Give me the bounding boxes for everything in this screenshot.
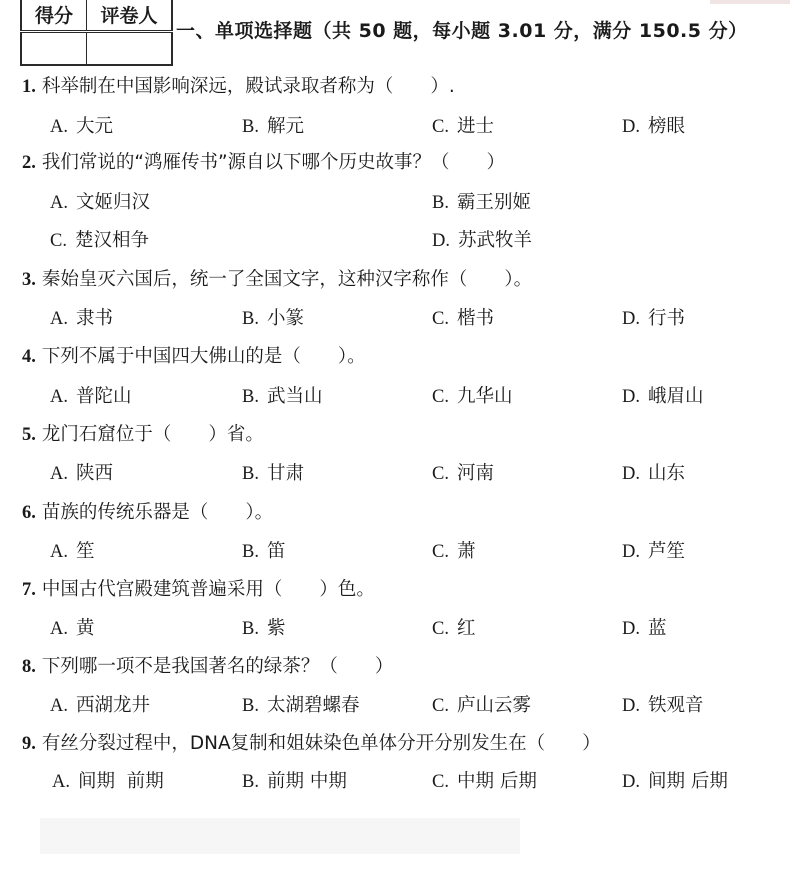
option-1c[interactable]: C.进士 [432,112,494,138]
option-7a[interactable]: A.黄 [50,614,95,640]
question-stem: 下列哪一项不是我国著名的绿茶？（ ） [42,656,394,677]
option-letter: D. [622,619,640,639]
question-stem: 中国古代宫殿建筑普遍采用（ ）色。 [42,579,375,600]
option-letter: D. [622,772,640,792]
option-text: 榜眼 [648,116,685,137]
option-5a[interactable]: A.陕西 [50,459,113,485]
option-letter: C. [432,464,449,484]
option-letter: B. [242,117,259,137]
question-3: 3.秦始皇灭六国后，统一了全国文字，这种汉字称作（ ）。 [22,265,532,291]
question-9: 9.有丝分裂过程中，DNA复制和姐妹染色单体分开分别发生在（ ） [22,729,601,755]
option-letter: A. [50,464,68,484]
option-text: 笙 [76,541,95,562]
option-5b[interactable]: B.甘肃 [242,459,304,485]
question-number: 8. [22,657,36,677]
option-9b[interactable]: B.前期 中期 [242,767,347,793]
option-text: 行书 [648,308,685,329]
option-letter: A. [50,309,68,329]
question-number: 4. [22,347,36,367]
question-2: 2.我们常说的“鸿雁传书”源自以下哪个历史故事？（ ） [22,148,505,174]
option-letter: D. [622,387,640,407]
option-3d[interactable]: D.行书 [622,304,685,330]
option-text: 蓝 [648,618,667,639]
option-letter: B. [432,193,449,213]
grader-cell[interactable] [87,32,173,66]
option-letter: C. [432,619,449,639]
blank-smudge [40,818,520,854]
option-letter: D. [622,117,640,137]
corner-mark [710,0,790,4]
option-letter: A. [50,542,68,562]
option-9c[interactable]: C.中期 后期 [432,767,537,793]
option-3c[interactable]: C.楷书 [432,304,494,330]
option-text: 萧 [457,541,476,562]
option-letter: A. [50,696,68,716]
option-9a[interactable]: A.间期 前期 [52,767,164,793]
option-text: 山东 [648,463,685,484]
option-text: 楚汉相争 [75,230,149,251]
option-text: 武当山 [267,386,323,407]
option-4b[interactable]: B.武当山 [242,382,322,408]
option-text: 九华山 [457,386,513,407]
option-2b[interactable]: B.霸王别姬 [432,188,531,214]
option-text: 铁观音 [648,695,704,716]
question-stem: 科举制在中国影响深远，殿试录取者称为（ ）. [42,76,455,97]
option-5c[interactable]: C.河南 [432,459,494,485]
option-text: 文姬归汉 [76,192,150,213]
option-1d[interactable]: D.榜眼 [622,112,685,138]
question-stem: 下列不属于中国四大佛山的是（ ）。 [42,346,366,367]
option-text: 前期 中期 [267,771,347,792]
question-7: 7.中国古代宫殿建筑普遍采用（ ）色。 [22,575,375,601]
question-stem: 我们常说的“鸿雁传书”源自以下哪个历史故事？（ ） [42,152,505,173]
question-8: 8.下列哪一项不是我国著名的绿茶？（ ） [22,652,393,678]
option-text: 河南 [457,463,494,484]
option-text: 大元 [76,116,113,137]
question-number: 6. [22,503,36,523]
option-text: 间期 前期 [78,771,164,792]
option-1b[interactable]: B.解元 [242,112,304,138]
option-text: 紫 [267,618,286,639]
question-stem: 有丝分裂过程中，DNA复制和姐妹染色单体分开分别发生在（ ） [42,733,601,754]
option-letter: A. [50,117,68,137]
option-text: 庐山云雾 [457,695,531,716]
option-4d[interactable]: D.峨眉山 [622,382,704,408]
option-text: 红 [457,618,476,639]
option-text: 峨眉山 [648,386,704,407]
question-6: 6.苗族的传统乐器是（ ）。 [22,498,273,524]
option-7b[interactable]: B.紫 [242,614,285,640]
question-number: 1. [22,77,36,97]
question-4: 4.下列不属于中国四大佛山的是（ ）。 [22,342,366,368]
option-letter: C. [432,772,449,792]
option-6c[interactable]: C.萧 [432,537,475,563]
option-8d[interactable]: D.铁观音 [622,691,704,717]
option-letter: B. [242,542,259,562]
option-letter: C. [432,542,449,562]
option-text: 芦笙 [648,541,685,562]
option-letter: C. [50,231,67,251]
question-stem: 苗族的传统乐器是（ ）。 [42,502,273,523]
option-letter: D. [622,696,640,716]
question-number: 5. [22,425,36,445]
question-number: 7. [22,580,36,600]
option-text: 间期 后期 [648,771,728,792]
option-2a[interactable]: A.文姬归汉 [50,188,150,214]
option-6d[interactable]: D.芦笙 [622,537,685,563]
score-header: 得分 [21,0,87,32]
grader-header: 评卷人 [87,0,173,32]
option-7c[interactable]: C.红 [432,614,475,640]
question-number: 2. [22,153,36,173]
option-text: 西湖龙井 [76,695,150,716]
option-8c[interactable]: C.庐山云雾 [432,691,531,717]
option-letter: D. [622,464,640,484]
option-text: 笛 [267,541,286,562]
option-8a[interactable]: A.西湖龙井 [50,691,150,717]
option-letter: C. [432,696,449,716]
question-5: 5.龙门石窟位于（ ）省。 [22,420,264,446]
option-text: 解元 [267,116,304,137]
option-text: 黄 [76,618,95,639]
option-letter: A. [50,619,68,639]
option-3b[interactable]: B.小篆 [242,304,304,330]
score-cell[interactable] [21,32,87,66]
option-letter: A. [50,193,68,213]
option-3a[interactable]: A.隶书 [50,304,113,330]
question-1: 1.科举制在中国影响深远，殿试录取者称为（ ）. [22,72,455,98]
option-8b[interactable]: B.太湖碧螺春 [242,691,359,717]
option-letter: B. [242,309,259,329]
option-letter: B. [242,696,259,716]
option-2d[interactable]: D.苏武牧羊 [432,226,532,252]
option-letter: B. [242,619,259,639]
section-title: 一、单项选择题（共 50 题，每小题 3.01 分，满分 150.5 分） [176,16,748,43]
score-box: 得分 评卷人 [20,0,173,66]
option-6a[interactable]: A.笙 [50,537,95,563]
option-4a[interactable]: A.普陀山 [50,382,132,408]
option-letter: B. [242,387,259,407]
option-letter: D. [622,542,640,562]
option-5d[interactable]: D.山东 [622,459,685,485]
option-6b[interactable]: B.笛 [242,537,285,563]
option-letter: C. [432,387,449,407]
option-7d[interactable]: D.蓝 [622,614,667,640]
option-4c[interactable]: C.九华山 [432,382,512,408]
option-text: 楷书 [457,308,494,329]
option-letter: A. [52,772,70,792]
option-letter: B. [242,772,259,792]
option-9d[interactable]: D.间期 后期 [622,767,728,793]
option-text: 小篆 [267,308,304,329]
option-text: 霸王别姬 [457,192,531,213]
option-text: 普陀山 [76,386,132,407]
option-2c[interactable]: C.楚汉相争 [50,226,149,252]
option-letter: C. [432,309,449,329]
question-number: 3. [22,270,36,290]
option-1a[interactable]: A.大元 [50,112,113,138]
option-text: 中期 后期 [457,771,537,792]
option-text: 隶书 [76,308,113,329]
question-stem: 秦始皇灭六国后，统一了全国文字，这种汉字称作（ ）。 [42,269,532,290]
option-text: 太湖碧螺春 [267,695,360,716]
question-number: 9. [22,734,36,754]
option-text: 苏武牧羊 [458,230,532,251]
option-letter: B. [242,464,259,484]
option-text: 甘肃 [267,463,304,484]
option-text: 陕西 [76,463,113,484]
option-text: 进士 [457,116,494,137]
option-letter: A. [50,387,68,407]
question-stem: 龙门石窟位于（ ）省。 [42,424,264,445]
option-letter: C. [432,117,449,137]
option-letter: D. [432,231,450,251]
option-letter: D. [622,309,640,329]
